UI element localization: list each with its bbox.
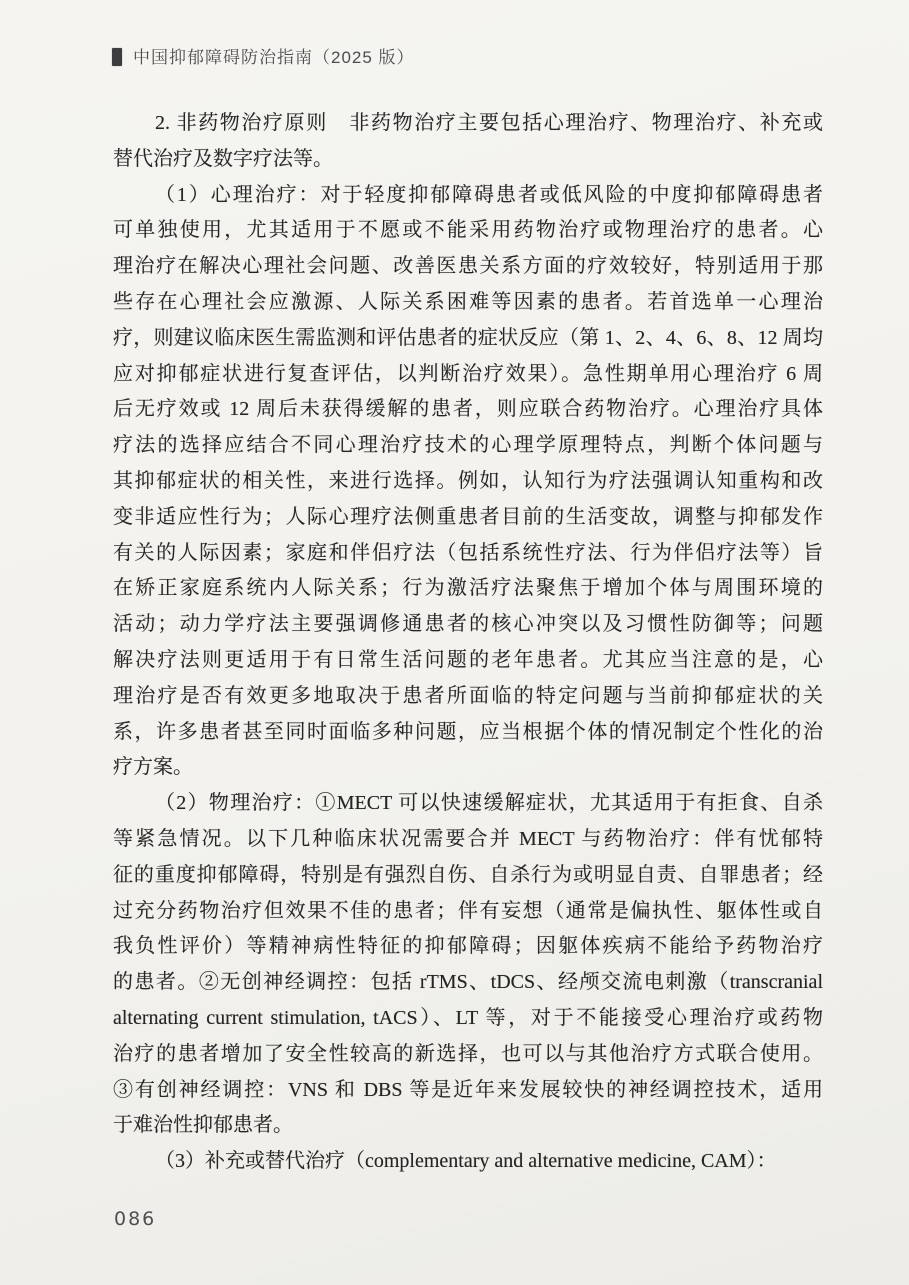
text-line: 后无疗效或 12 周后未获得缓解的患者，则应联合药物治疗。心理治疗具体 xyxy=(113,392,823,428)
text-line: 替代治疗及数字疗法等。 xyxy=(113,142,823,178)
text-line: 等紧急情况。以下几种临床状况需要合并 MECT 与药物治疗：伴有忧郁特 xyxy=(113,822,823,858)
text-line: 我负性评价）等精神病性特征的抑郁障碍；因躯体疾病不能给予药物治疗 xyxy=(113,929,823,965)
text-line: 些存在心理社会应激源、人际关系困难等因素的患者。若首选单一心理治 xyxy=(113,285,823,321)
text-line: 系，许多患者甚至同时面临多种问题，应当根据个体的情况制定个性化的治 xyxy=(113,715,823,751)
text-line: 其抑郁症状的相关性，来进行选择。例如，认知行为疗法强调认知重构和改 xyxy=(113,464,823,500)
document-body: 2. 非药物治疗原则 非药物治疗主要包括心理治疗、物理治疗、补充或替代治疗及数字… xyxy=(113,106,823,1180)
text-line: alternating current stimulation, tACS）、L… xyxy=(113,1001,823,1037)
text-line: 疗方案。 xyxy=(113,750,823,786)
running-header: 中国抑郁障碍防治指南（2025 版） xyxy=(112,48,415,66)
text-line: 有关的人际因素；家庭和伴侣疗法（包括系统性疗法、行为伴侣疗法等）旨 xyxy=(113,536,823,572)
text-line: 可单独使用，尤其适用于不愿或不能采用药物治疗或物理治疗的患者。心 xyxy=(113,213,823,249)
text-line: 理治疗是否有效更多地取决于患者所面临的特定问题与当前抑郁症状的关 xyxy=(113,679,823,715)
book-title: 中国抑郁障碍防治指南（2025 版） xyxy=(133,49,415,66)
page-number: 086 xyxy=(114,1208,156,1231)
text-line: 于难治性抑郁患者。 xyxy=(113,1108,823,1144)
text-line: 理治疗在解决心理社会问题、改善医患关系方面的疗效较好，特别适用于那 xyxy=(113,249,823,285)
text-line: （1）心理治疗：对于轻度抑郁障碍患者或低风险的中度抑郁障碍患者 xyxy=(113,178,823,214)
text-line: 2. 非药物治疗原则 非药物治疗主要包括心理治疗、物理治疗、补充或 xyxy=(113,106,823,142)
text-line: 疗法的选择应结合不同心理治疗技术的心理学原理特点，判断个体问题与 xyxy=(113,428,823,464)
text-line: 在矫正家庭系统内人际关系；行为激活疗法聚焦于增加个体与周围环境的 xyxy=(113,571,823,607)
text-line: （3）补充或替代治疗（complementary and alternative… xyxy=(113,1144,823,1180)
text-line: 活动；动力学疗法主要强调修通患者的核心冲突以及习惯性防御等；问题 xyxy=(113,607,823,643)
text-line: 解决疗法则更适用于有日常生活问题的老年患者。尤其应当注意的是，心 xyxy=(113,643,823,679)
text-line: ③有创神经调控：VNS 和 DBS 等是近年来发展较快的神经调控技术，适用 xyxy=(113,1073,823,1109)
text-line: 疗，则建议临床医生需监测和评估患者的症状反应（第 1、2、4、6、8、12 周均 xyxy=(113,321,823,357)
book-spine-icon xyxy=(112,48,122,66)
text-line: 变非适应性行为；人际心理疗法侧重患者目前的生活变故，调整与抑郁发作 xyxy=(113,500,823,536)
text-line: 过充分药物治疗但效果不佳的患者；伴有妄想（通常是偏执性、躯体性或自 xyxy=(113,894,823,930)
scanned-book-page: { "page": { "background_color": "#f3f2ee… xyxy=(0,0,909,1285)
text-line: （2）物理治疗：①MECT 可以快速缓解症状，尤其适用于有拒食、自杀 xyxy=(113,786,823,822)
text-line: 的患者。②无创神经调控：包括 rTMS、tDCS、经颅交流电刺激（transcr… xyxy=(113,965,823,1001)
text-line: 应对抑郁症状进行复查评估，以判断治疗效果）。急性期单用心理治疗 6 周 xyxy=(113,357,823,393)
text-line: 治疗的患者增加了安全性较高的新选择，也可以与其他治疗方式联合使用。 xyxy=(113,1037,823,1073)
text-line: 征的重度抑郁障碍，特别是有强烈自伤、自杀行为或明显自责、自罪患者；经 xyxy=(113,858,823,894)
